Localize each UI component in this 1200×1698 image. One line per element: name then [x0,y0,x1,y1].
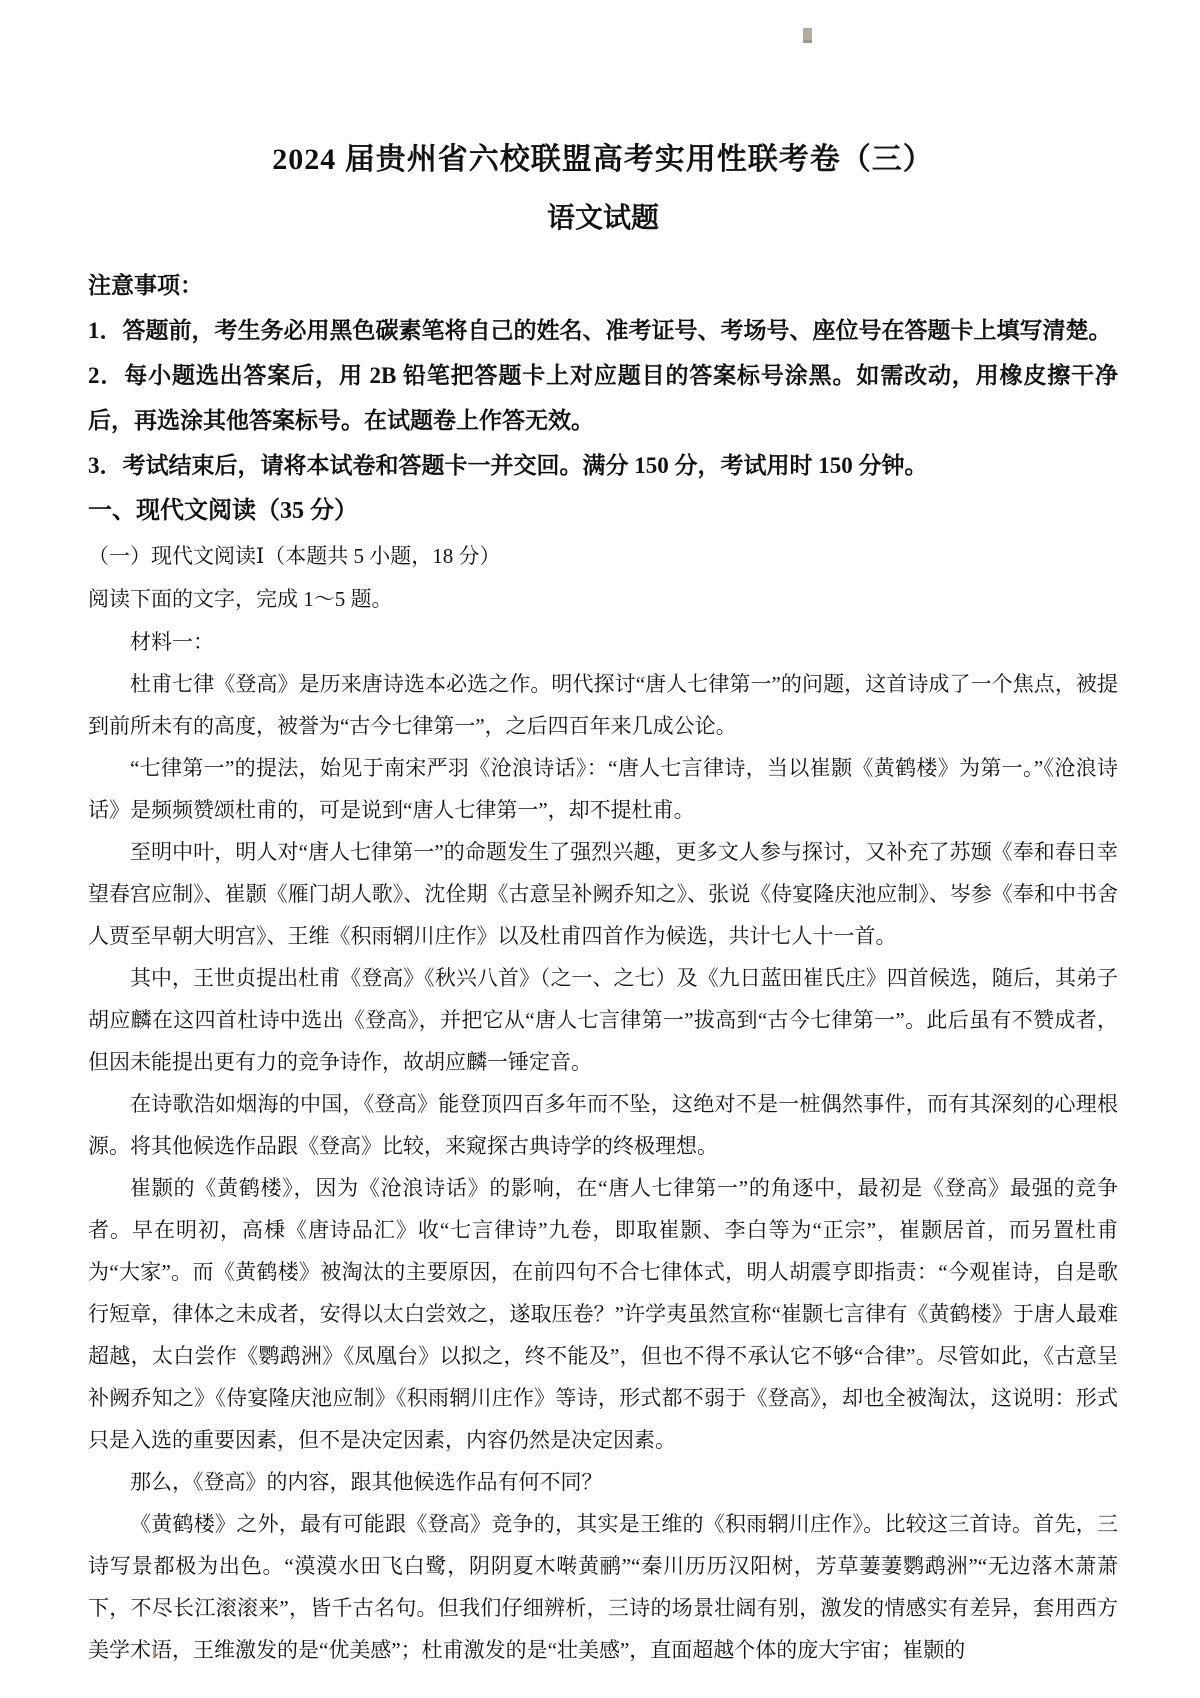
material-paragraph: 《黄鹤楼》之外，最有可能跟《登高》竞争的，其实是王维的《积雨辋川庄作》。比较这三… [88,1503,1118,1671]
material-label: 材料一： [88,621,1118,663]
material-paragraph: 杜甫七律《登高》是历来唐诗选本必选之作。明代探讨“唐人七律第一”的问题，这首诗成… [88,663,1118,747]
notice-item-3: 3．考试结束后，请将本试卷和答题卡一并交回。满分 150 分，考试用时 150 … [88,443,1118,488]
page-title: 2024 届贵州省六校联盟高考实用性联考卷（三） [88,143,1118,177]
notice-heading: 注意事项： [88,263,1118,308]
exam-paper-page: 2024 届贵州省六校联盟高考实用性联考卷（三） 语文试题 注意事项： 1．答题… [0,0,1200,1698]
subsection-heading: （一）现代文阅读Ⅰ（本题共 5 小题，18 分） [88,535,1118,578]
scan-artifact-bottom [153,1647,156,1658]
page-content: 2024 届贵州省六校联盟高考实用性联考卷（三） 语文试题 注意事项： 1．答题… [0,143,1200,1671]
material-paragraph: 其中，王世贞提出杜甫《登高》《秋兴八首》（之一、之七）及《九日蓝田崔氏庄》四首候… [88,957,1118,1083]
scan-artifact-top [803,28,812,43]
page-subtitle: 语文试题 [88,203,1118,235]
material-paragraph: “七律第一”的提法，始见于南宋严羽《沧浪诗话》：“唐人七言律诗，当以崔颢《黄鹤楼… [88,747,1118,831]
section-heading: 一、现代文阅读（35 分） [88,488,1118,535]
notice-item-2: 2．每小题选出答案后，用 2B 铅笔把答题卡上对应题目的答案标号涂黑。如需改动，… [88,353,1118,443]
reading-instruction: 阅读下面的文字，完成 1～5 题。 [88,578,1118,621]
material-paragraph: 那么，《登高》的内容，跟其他候选作品有何不同？ [88,1461,1118,1503]
notice-item-1: 1．答题前，考生务必用黑色碳素笔将自己的姓名、准考证号、考场号、座位号在答题卡上… [88,308,1118,353]
material-paragraph: 至明中叶，明人对“唐人七律第一”的命题发生了强烈兴趣，更多文人参与探讨，又补充了… [88,831,1118,957]
material-paragraph: 在诗歌浩如烟海的中国，《登高》能登顶四百多年而不坠，这绝对不是一桩偶然事件，而有… [88,1083,1118,1167]
material-paragraph: 崔颢的《黄鹤楼》，因为《沧浪诗话》的影响，在“唐人七律第一”的角逐中，最初是《登… [88,1167,1118,1461]
